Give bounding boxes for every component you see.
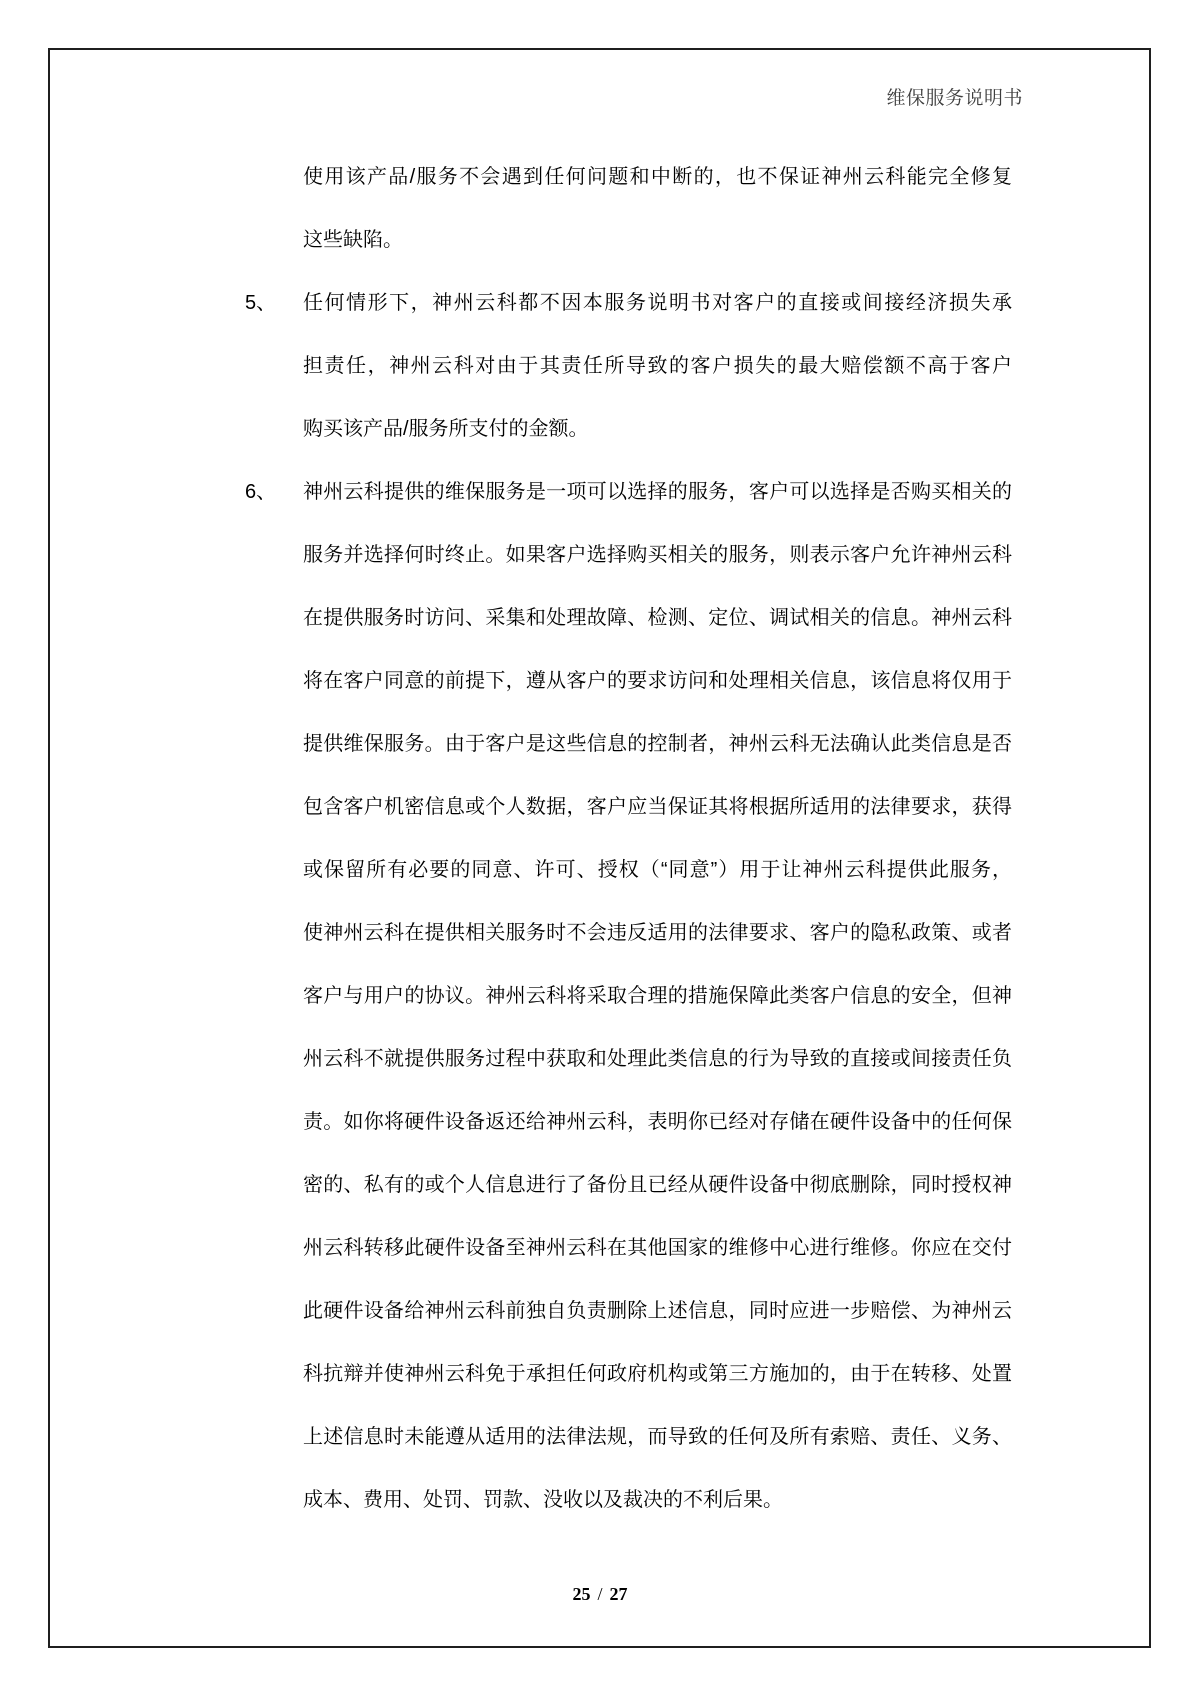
text-line: 将在客户同意的前提下，遵从客户的要求访问和处理相关信息，该信息将仅用于 <box>245 650 1012 713</box>
text-line: 这些缺陷。 <box>245 209 1012 272</box>
page-number-total: 27 <box>610 1584 628 1604</box>
text-line: 服务并选择何时终止。如果客户选择购买相关的服务，则表示客户允许神州云科 <box>245 524 1012 587</box>
text-line: 责。如你将硬件设备返还给神州云科，表明你已经对存储在硬件设备中的任何保 <box>245 1091 1012 1154</box>
list-item-number <box>245 1217 303 1280</box>
line-text: 在提供服务时访问、采集和处理故障、检测、定位、调试相关的信息。神州云科 <box>303 587 1012 650</box>
text-line: 担责任，神州云科对由于其责任所导致的客户损失的最大赔偿额不高于客户 <box>245 335 1012 398</box>
line-text: 客户与用户的协议。神州云科将采取合理的措施保障此类客户信息的安全，但神 <box>303 965 1012 1028</box>
list-item-number <box>245 1406 303 1469</box>
text-line: 在提供服务时访问、采集和处理故障、检测、定位、调试相关的信息。神州云科 <box>245 587 1012 650</box>
list-item-number <box>245 335 303 398</box>
list-item-number <box>245 1154 303 1217</box>
line-text: 神州云科提供的维保服务是一项可以选择的服务，客户可以选择是否购买相关的 <box>303 461 1012 524</box>
line-text: 任何情形下，神州云科都不因本服务说明书对客户的直接或间接经济损失承 <box>303 272 1012 335</box>
text-line: 购买该产品/服务所支付的金额。 <box>245 398 1012 461</box>
text-line: 或保留所有必要的同意、许可、授权（“同意”）用于让神州云科提供此服务， <box>245 839 1012 902</box>
list-item-number <box>245 713 303 776</box>
line-text: 上述信息时未能遵从适用的法律法规，而导致的任何及所有索赔、责任、义务、 <box>303 1406 1012 1469</box>
text-line: 使用该产品/服务不会遇到任何问题和中断的，也不保证神州云科能完全修复 <box>245 146 1012 209</box>
line-text: 责。如你将硬件设备返还给神州云科，表明你已经对存储在硬件设备中的任何保 <box>303 1091 1012 1154</box>
list-item-number <box>245 902 303 965</box>
line-text: 州云科不就提供服务过程中获取和处理此类信息的行为导致的直接或间接责任负 <box>303 1028 1012 1091</box>
line-text: 使神州云科在提供相关服务时不会违反适用的法律要求、客户的隐私政策、或者 <box>303 902 1012 965</box>
list-item-number <box>245 209 303 272</box>
line-text: 州云科转移此硬件设备至神州云科在其他国家的维修中心进行维修。你应在交付 <box>303 1217 1012 1280</box>
text-line: 5、 任何情形下，神州云科都不因本服务说明书对客户的直接或间接经济损失承 <box>245 272 1012 335</box>
text-line: 州云科不就提供服务过程中获取和处理此类信息的行为导致的直接或间接责任负 <box>245 1028 1012 1091</box>
line-text: 将在客户同意的前提下，遵从客户的要求访问和处理相关信息，该信息将仅用于 <box>303 650 1012 713</box>
list-item-number: 6、 <box>245 461 303 524</box>
line-text: 提供维保服务。由于客户是这些信息的控制者，神州云科无法确认此类信息是否 <box>303 713 1012 776</box>
list-item-number <box>245 398 303 461</box>
line-text: 这些缺陷。 <box>303 209 1012 272</box>
page-number-current: 25 <box>572 1584 590 1604</box>
list-item-number <box>245 1091 303 1154</box>
text-line: 6、 神州云科提供的维保服务是一项可以选择的服务，客户可以选择是否购买相关的 <box>245 461 1012 524</box>
line-text: 或保留所有必要的同意、许可、授权（“同意”）用于让神州云科提供此服务， <box>303 839 1012 902</box>
line-text: 购买该产品/服务所支付的金额。 <box>303 398 1012 461</box>
text-line: 提供维保服务。由于客户是这些信息的控制者，神州云科无法确认此类信息是否 <box>245 713 1012 776</box>
text-line: 上述信息时未能遵从适用的法律法规，而导致的任何及所有索赔、责任、义务、 <box>245 1406 1012 1469</box>
page-footer: 25/27 <box>0 1584 1200 1605</box>
line-text: 使用该产品/服务不会遇到任何问题和中断的，也不保证神州云科能完全修复 <box>303 146 1012 209</box>
line-text: 成本、费用、处罚、罚款、没收以及裁决的不利后果。 <box>303 1469 1012 1532</box>
list-item-number <box>245 1343 303 1406</box>
page-number-separator: / <box>597 1584 602 1604</box>
page-header-title: 维保服务说明书 <box>886 83 1023 110</box>
list-item-number <box>245 524 303 587</box>
list-item-number <box>245 146 303 209</box>
text-line: 使神州云科在提供相关服务时不会违反适用的法律要求、客户的隐私政策、或者 <box>245 902 1012 965</box>
list-item-number <box>245 587 303 650</box>
list-item-number <box>245 776 303 839</box>
list-item-number <box>245 650 303 713</box>
line-text: 服务并选择何时终止。如果客户选择购买相关的服务，则表示客户允许神州云科 <box>303 524 1012 587</box>
line-text: 包含客户机密信息或个人数据，客户应当保证其将根据所适用的法律要求，获得 <box>303 776 1012 839</box>
document-page: 维保服务说明书 使用该产品/服务不会遇到任何问题和中断的，也不保证神州云科能完全… <box>0 0 1200 1698</box>
text-line: 密的、私有的或个人信息进行了备份且已经从硬件设备中彻底删除，同时授权神 <box>245 1154 1012 1217</box>
text-line: 科抗辩并使神州云科免于承担任何政府机构或第三方施加的，由于在转移、处置 <box>245 1343 1012 1406</box>
line-text: 担责任，神州云科对由于其责任所导致的客户损失的最大赔偿额不高于客户 <box>303 335 1012 398</box>
document-body: 使用该产品/服务不会遇到任何问题和中断的，也不保证神州云科能完全修复 这些缺陷。… <box>245 146 1012 1532</box>
list-item-number <box>245 965 303 1028</box>
text-line: 成本、费用、处罚、罚款、没收以及裁决的不利后果。 <box>245 1469 1012 1532</box>
line-text: 密的、私有的或个人信息进行了备份且已经从硬件设备中彻底删除，同时授权神 <box>303 1154 1012 1217</box>
list-item-number: 5、 <box>245 272 303 335</box>
text-line: 州云科转移此硬件设备至神州云科在其他国家的维修中心进行维修。你应在交付 <box>245 1217 1012 1280</box>
text-line: 客户与用户的协议。神州云科将采取合理的措施保障此类客户信息的安全，但神 <box>245 965 1012 1028</box>
text-line: 此硬件设备给神州云科前独自负责删除上述信息，同时应进一步赔偿、为神州云 <box>245 1280 1012 1343</box>
line-text: 此硬件设备给神州云科前独自负责删除上述信息，同时应进一步赔偿、为神州云 <box>303 1280 1012 1343</box>
list-item-number <box>245 1280 303 1343</box>
text-line: 包含客户机密信息或个人数据，客户应当保证其将根据所适用的法律要求，获得 <box>245 776 1012 839</box>
list-item-number <box>245 1469 303 1532</box>
list-item-number <box>245 1028 303 1091</box>
line-text: 科抗辩并使神州云科免于承担任何政府机构或第三方施加的，由于在转移、处置 <box>303 1343 1012 1406</box>
list-item-number <box>245 839 303 902</box>
